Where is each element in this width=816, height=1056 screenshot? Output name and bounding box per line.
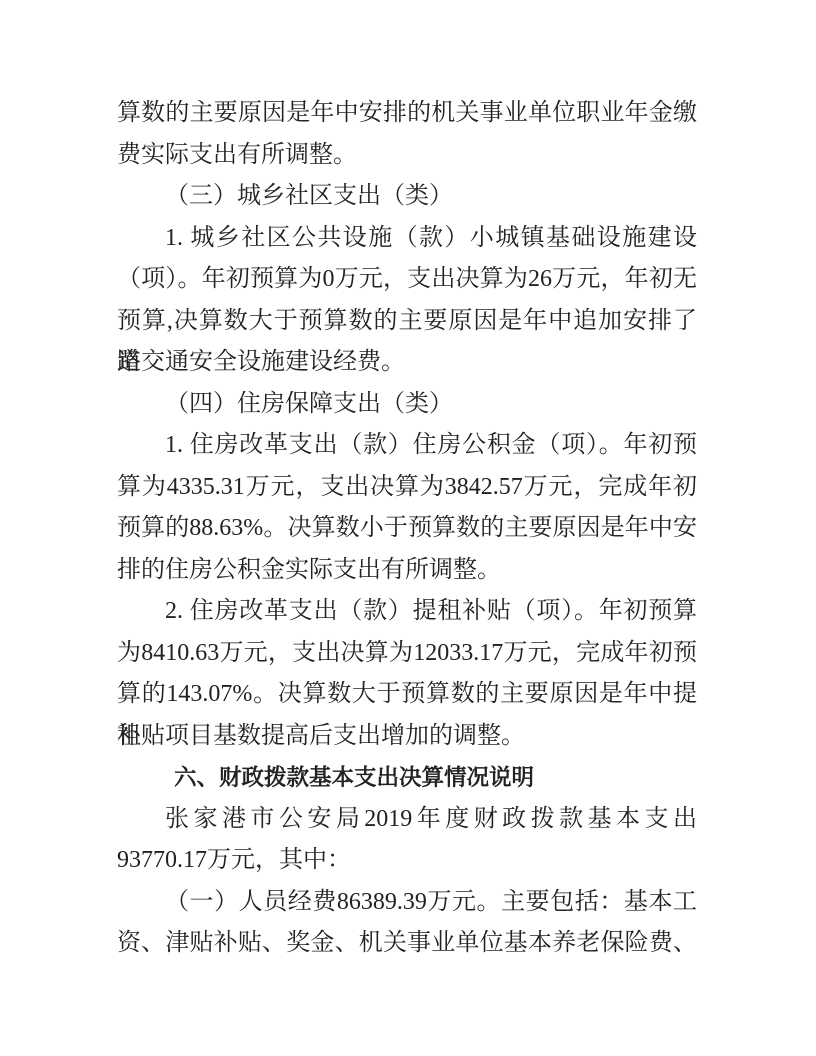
text-line: 张家港市公安局2019年度财政拨款基本支出 bbox=[117, 799, 697, 841]
text-line: 算为4335.31万元，支出决算为3842.57万元，完成年初 bbox=[117, 467, 697, 509]
text-line: 预算的88.63%。决算数小于预算数的主要原因是年中安 bbox=[117, 508, 697, 550]
text-line: 排的住房公积金实际支出有所调整。 bbox=[117, 550, 697, 592]
subsection-heading: （四）住房保障支出（类） bbox=[117, 384, 697, 426]
text-line: 为8410.63万元，支出决算为12033.17万元，完成年初预 bbox=[117, 633, 697, 675]
document-page: 算数的主要原因是年中安排的机关事业单位职业年金缴 费实际支出有所调整。 （三）城… bbox=[0, 0, 816, 1056]
text-line: 预算,决算数大于预算数的主要原因是年中追加安排了道 bbox=[117, 301, 697, 343]
text-line: 1. 住房改革支出（款）住房公积金（项）。年初预 bbox=[117, 425, 697, 467]
text-line: 费实际支出有所调整。 bbox=[117, 135, 697, 177]
text-line: 2. 住房改革支出（款）提租补贴（项）。年初预算 bbox=[117, 591, 697, 633]
text-line: 资、津贴补贴、奖金、机关事业单位基本养老保险费、 bbox=[117, 923, 697, 965]
text-line: 1. 城乡社区公共设施（款）小城镇基础设施建设 bbox=[117, 218, 697, 260]
section-heading: 六、财政拨款基本支出决算情况说明 bbox=[117, 757, 697, 799]
text-line: （项）。年初预算为0万元，支出决算为26万元，年初无 bbox=[117, 259, 697, 301]
text-line: 算数的主要原因是年中安排的机关事业单位职业年金缴 bbox=[117, 93, 697, 135]
text-line: 算的143.07%。决算数大于预算数的主要原因是年中提租 bbox=[117, 674, 697, 716]
text-line: 补贴项目基数提高后支出增加的调整。 bbox=[117, 716, 697, 758]
text-line: （一）人员经费86389.39万元。主要包括：基本工 bbox=[117, 882, 697, 924]
text-line: 路交通安全设施建设经费。 bbox=[117, 342, 697, 384]
subsection-heading: （三）城乡社区支出（类） bbox=[117, 176, 697, 218]
document-body: 算数的主要原因是年中安排的机关事业单位职业年金缴 费实际支出有所调整。 （三）城… bbox=[117, 93, 697, 965]
text-line: 93770.17万元，其中： bbox=[117, 840, 697, 882]
